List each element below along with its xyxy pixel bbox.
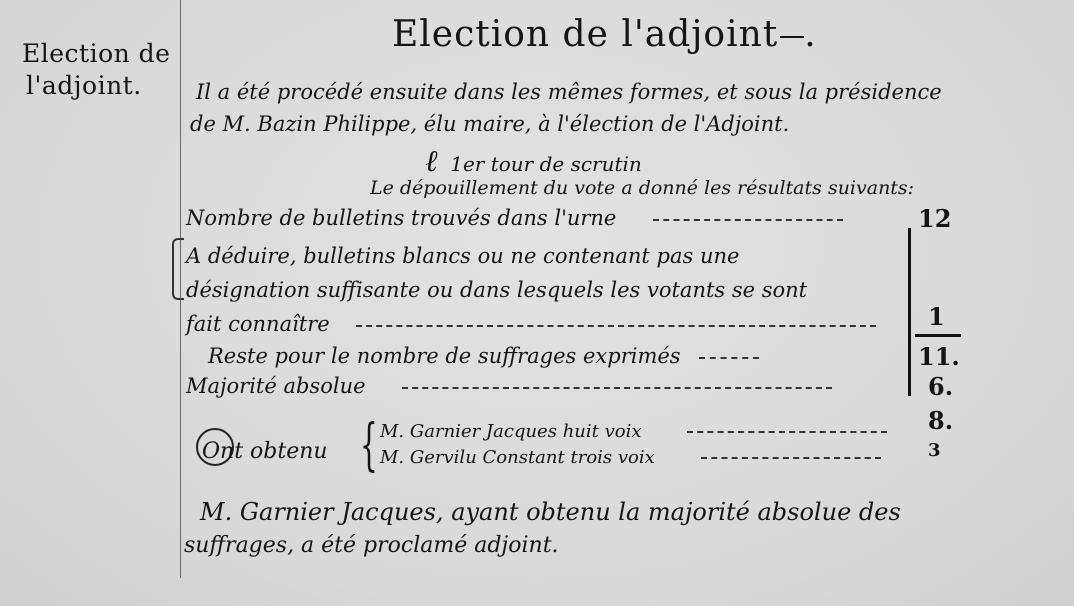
ballots-found-row: Nombre de bulletins trouvés dans l'urne (186, 206, 843, 230)
candidate-row-1: M. Garnier Jacques huit voix (380, 420, 887, 444)
counting-intro: Le dépouillement du vote a donné les rés… (370, 176, 914, 200)
ballots-found-value: 12 (918, 204, 951, 233)
conclusion-line-1: M. Garnier Jacques, ayant obtenu la majo… (200, 500, 901, 524)
ballots-found-label: Nombre de bulletins trouvés dans l'urne (186, 206, 616, 230)
deduct-line-1: A déduire, bulletins blancs ou ne conten… (186, 244, 739, 268)
candidates-brace: { (360, 418, 378, 474)
tally-vertical-rule (908, 228, 911, 396)
valid-votes-value: 11. (918, 342, 960, 371)
section-title: Election de l'adjoint. (392, 14, 817, 55)
majority-value: 6. (928, 372, 953, 401)
conclusion-line-2: suffrages, a été proclamé adjoint. (184, 534, 559, 558)
archival-register-page: Election de l'adjoint. Election de l'adj… (0, 0, 1074, 606)
deduct-bracket (172, 238, 184, 300)
round-heading-text: 1er tour de scrutin (450, 152, 642, 176)
leader-dashes (687, 431, 887, 433)
valid-votes-row: Reste pour le nombre de suffrages exprim… (208, 344, 759, 368)
candidate-name: M. Gervilu Constant (380, 447, 565, 468)
round-heading: ℓ 1er tour de scrutin (425, 150, 642, 176)
deduct-line-3-text: fait connaître (186, 312, 330, 336)
candidate-1-votes: 8. (928, 406, 953, 435)
section-title-text: Election de l'adjoint (392, 14, 778, 55)
candidate-votes-text: trois voix (570, 447, 654, 468)
leader-dashes (653, 219, 843, 221)
title-flourish (780, 36, 804, 38)
candidate-row-2: M. Gervilu Constant trois voix (380, 446, 881, 470)
obtained-label: Ont obtenu (202, 440, 328, 464)
intro-line-2: de M. Bazin Philippe, élu maire, à l'éle… (190, 112, 789, 136)
margin-note-line-2: l'adjoint. (22, 70, 172, 102)
leader-dashes (356, 325, 876, 327)
majority-label: Majorité absolue (186, 374, 366, 398)
intro-line-1: Il a été procédé ensuite dans les mêmes … (196, 80, 942, 104)
deduct-value: 1 (928, 302, 945, 331)
tally-subtraction-rule (915, 334, 961, 337)
deduct-line-3: fait connaître (186, 312, 876, 336)
margin-note: Election de l'adjoint. (22, 38, 172, 102)
majority-row: Majorité absolue (186, 374, 832, 398)
deduct-line-2: désignation suffisante ou dans lesquels … (186, 278, 807, 302)
valid-votes-label: Reste pour le nombre de suffrages exprim… (208, 344, 681, 368)
leader-dashes (701, 457, 881, 459)
leader-dashes (699, 357, 759, 359)
candidate-name: M. Garnier Jacques (380, 421, 557, 442)
margin-note-line-1: Election de (22, 38, 172, 70)
candidate-2-votes: 3 (928, 440, 941, 461)
leader-dashes (402, 387, 832, 389)
candidate-votes-text: huit voix (563, 421, 642, 442)
